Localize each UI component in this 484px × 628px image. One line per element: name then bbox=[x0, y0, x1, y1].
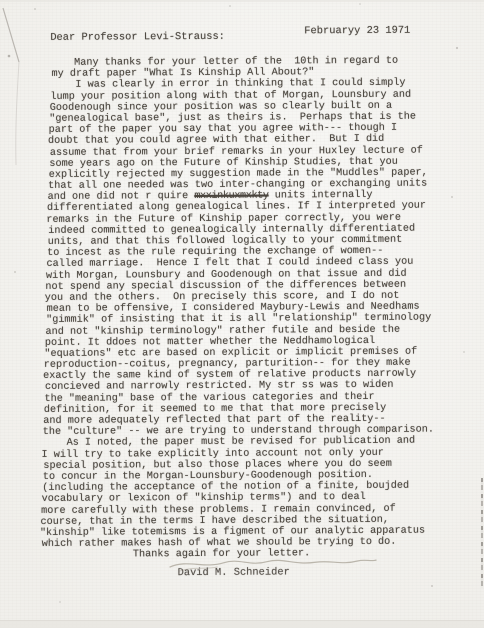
signature-block: David M. Schneider bbox=[161, 551, 391, 584]
scan-edge-artifact bbox=[481, 478, 483, 588]
signature-typed-name: David M. Schneider bbox=[178, 566, 290, 579]
letter-page: Februaryy 23 1971 Dear Professor Levi-St… bbox=[0, 0, 484, 628]
struck-out-word: mxxinkuxmxkty bbox=[194, 191, 268, 202]
letter-salutation: Dear Professor Levi-Strauss: bbox=[50, 31, 225, 44]
typewritten-letter: Februaryy 23 1971 Dear Professor Levi-St… bbox=[0, 0, 484, 628]
letter-body: Many thanks for your letter of the 10th … bbox=[36, 55, 459, 561]
scan-bottom-edge bbox=[0, 620, 484, 628]
letter-date: Februaryy 23 1971 bbox=[304, 25, 410, 38]
